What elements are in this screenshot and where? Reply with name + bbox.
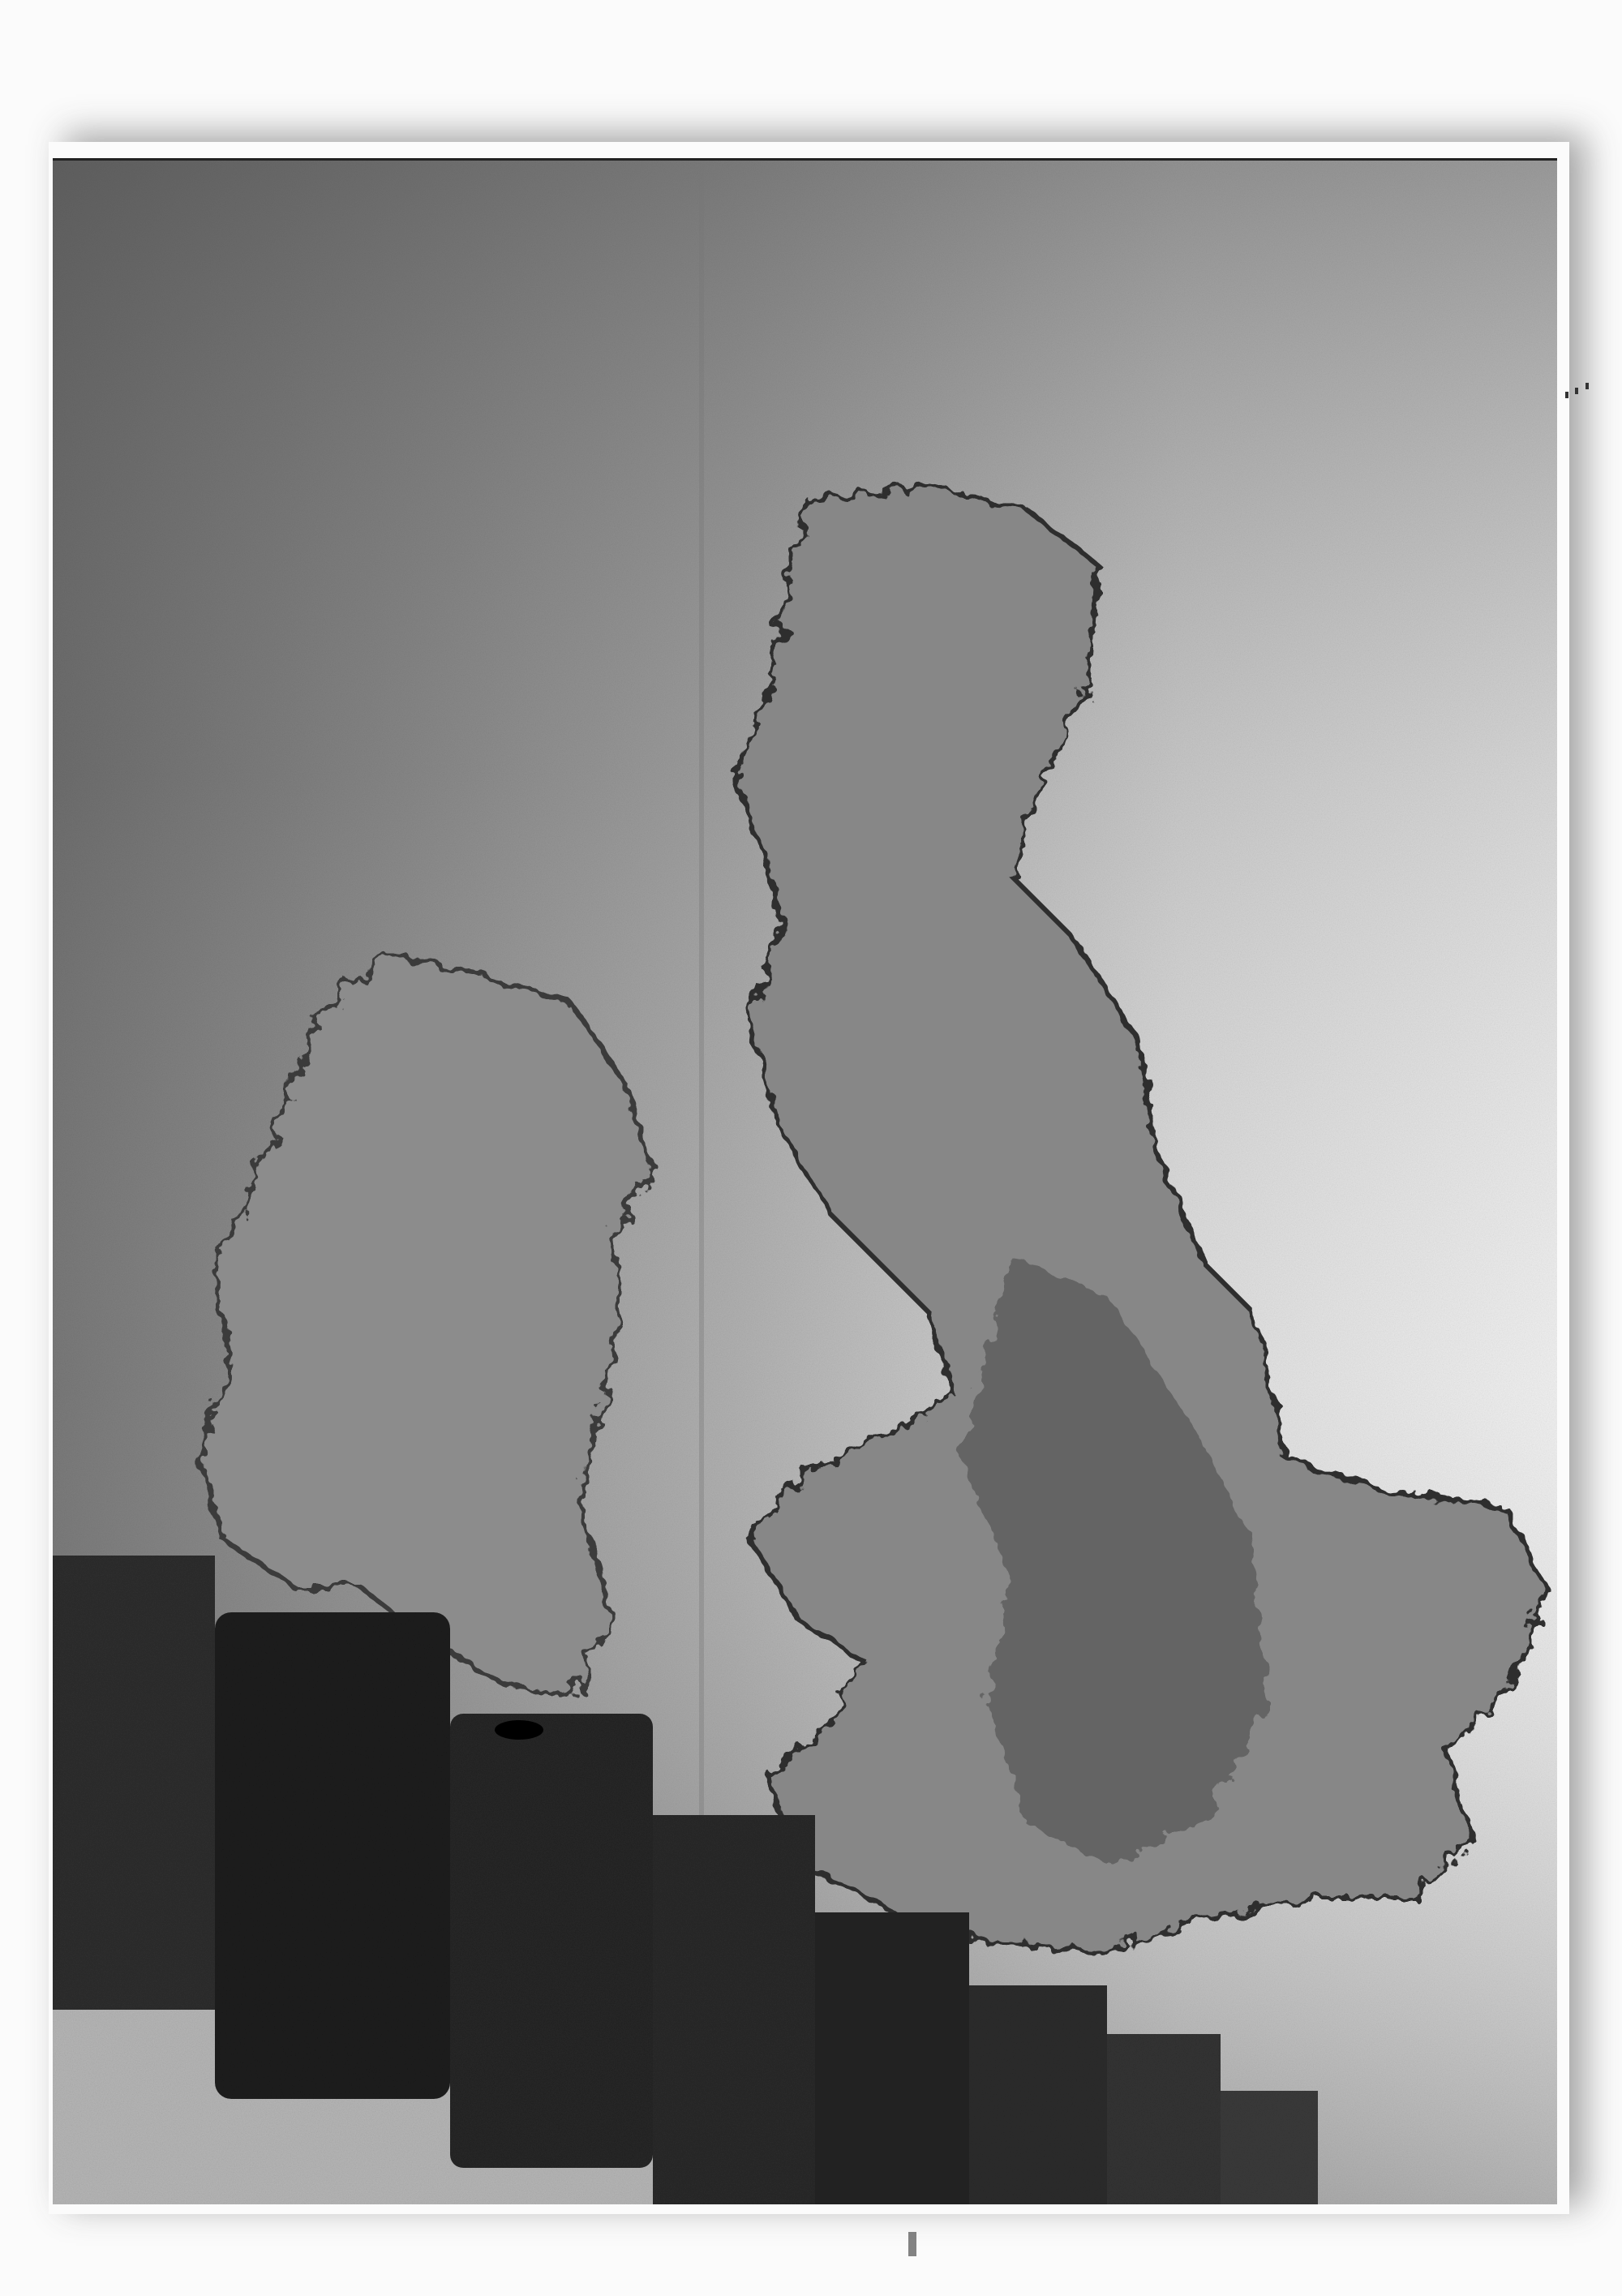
photograph [53,158,1557,2204]
block-6 [969,1985,1107,2204]
block-8 [1221,2091,1318,2204]
photo-canvas [53,161,1557,2204]
scan-speck [1565,392,1568,398]
scan-speck [1575,388,1578,394]
scan-speck [908,2232,916,2256]
block-2 [215,1612,450,2099]
block-4 [653,1815,815,2204]
block-5 [815,1912,969,2204]
block-3 [450,1714,653,2168]
block-hole [495,1720,543,1740]
scan-speck [1586,383,1589,389]
block-1 [53,1556,215,2010]
block-7 [1107,2034,1221,2204]
